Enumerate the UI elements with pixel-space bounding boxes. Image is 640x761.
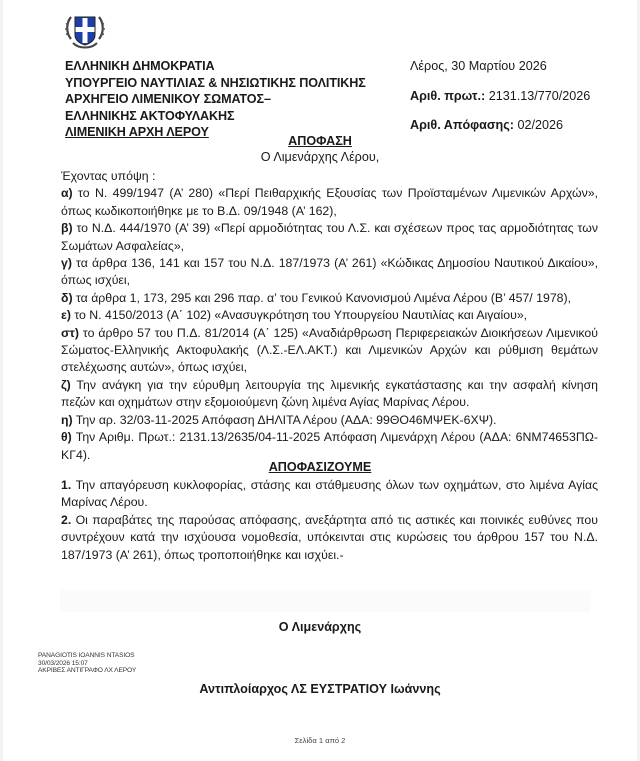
document-page: ΕΛΛΗΝΙΚΗ ΔΗΜΟΚΡΑΤΙΑ ΥΠΟΥΡΓΕΙΟ ΝΑΥΤΙΛΙΑΣ … bbox=[0, 0, 640, 761]
consideration-item: ε) το Ν. 4150/2013 (Α΄ 102) «Ανασυγκρότη… bbox=[61, 307, 598, 324]
decision-number: Αριθ. Απόφασης: 02/2026 bbox=[410, 117, 590, 134]
decision-value: 02/2026 bbox=[514, 118, 563, 132]
stamp-certification: ΑΚΡΙΒΕΣ ΑΝΤΙΓΡΑΦΟ ΛΧ ΛΕΡΟΥ bbox=[38, 667, 136, 675]
decisions-section: 1. Την απαγόρευση κυκλοφορίας, στάσης κα… bbox=[61, 477, 598, 564]
consideration-item: θ) Την Αριθμ. Πρωτ.: 2131.13/2635/04-11-… bbox=[61, 429, 598, 464]
decision-heading: ΑΠΟΦΑΣΙΖΟΥΜΕ bbox=[0, 460, 640, 474]
document-title: ΑΠΟΦΑΣΗ bbox=[0, 134, 640, 148]
reference-block: Λέρος, 30 Μαρτίου 2026 Αριθ. πρωτ.: 2131… bbox=[410, 58, 590, 134]
place-date: Λέρος, 30 Μαρτίου 2026 bbox=[410, 58, 590, 75]
authority-line: ΥΠΟΥΡΓΕΙΟ ΝΑΥΤΙΛΙΑΣ & ΝΗΣΙΩΤΙΚΗΣ ΠΟΛΙΤΙΚ… bbox=[65, 75, 366, 92]
issuing-authority-block: ΕΛΛΗΝΙΚΗ ΔΗΜΟΚΡΑΤΙΑ ΥΠΟΥΡΓΕΙΟ ΝΑΥΤΙΛΙΑΣ … bbox=[65, 58, 366, 141]
protocol-value: 2131.13/770/2026 bbox=[485, 89, 590, 103]
stamp-timestamp: 30/03/2026 15:07 bbox=[38, 660, 136, 668]
authority-line: ΑΡΧΗΓΕΙΟ ΛΙΜΕΝΙΚΟΥ ΣΩΜΑΤΟΣ– bbox=[65, 91, 366, 108]
protocol-label: Αριθ. πρωτ.: bbox=[410, 89, 485, 103]
decision-item: 1. Την απαγόρευση κυκλοφορίας, στάσης κα… bbox=[61, 477, 598, 512]
consideration-item: α) το Ν. 499/1947 (Α’ 280) «Περί Πειθαρχ… bbox=[61, 185, 598, 220]
scan-shade bbox=[60, 590, 590, 612]
consideration-item: γ) τα άρθρα 136, 141 και 157 του Ν.Δ. 18… bbox=[61, 255, 598, 290]
consideration-item: η) Την αρ. 32/03-11-2025 Απόφαση ΔΗΛΙΤΑ … bbox=[61, 412, 598, 429]
issuer-line: Ο Λιμενάρχης Λέρου, bbox=[0, 150, 640, 164]
decision-label: Αριθ. Απόφασης: bbox=[410, 118, 514, 132]
protocol-number: Αριθ. πρωτ.: 2131.13/770/2026 bbox=[410, 88, 590, 105]
page-edge-left bbox=[0, 0, 3, 761]
consideration-item: β) το Ν.Δ. 444/1970 (Α’ 39) «Περί αρμοδι… bbox=[61, 220, 598, 255]
considerations-section: Έχοντας υπόψη : α) το Ν. 499/1947 (Α’ 28… bbox=[61, 168, 598, 464]
greek-coat-of-arms-icon bbox=[63, 9, 107, 53]
signature-title: Ο Λιμενάρχης bbox=[0, 620, 640, 634]
decision-item: 2. Οι παραβάτες της παρούσας απόφασης, α… bbox=[61, 512, 598, 564]
stamp-signer: PANAGIOTIS IOANNIS NTASIOS bbox=[38, 652, 136, 660]
consideration-item: δ) τα άρθρα 1, 173, 295 και 296 παρ. α’ … bbox=[61, 290, 598, 307]
page-indicator: Σελίδα 1 από 2 bbox=[0, 736, 640, 745]
digital-signature-stamp: PANAGIOTIS IOANNIS NTASIOS 30/03/2026 15… bbox=[38, 652, 136, 675]
considering-intro: Έχοντας υπόψη : bbox=[61, 168, 598, 185]
consideration-item: στ) το άρθρο 57 του Π.Δ. 81/2014 (Α΄ 125… bbox=[61, 325, 598, 377]
authority-line: ΕΛΛΗΝΙΚΗ ΔΗΜΟΚΡΑΤΙΑ bbox=[65, 58, 366, 75]
signatory-name: Αντιπλοίαρχος ΛΣ ΕΥΣΤΡΑΤΙΟΥ Ιωάννης bbox=[0, 682, 640, 696]
consideration-item: ζ) Την ανάγκη για την εύρυθμη λειτουργία… bbox=[61, 377, 598, 412]
authority-line: ΕΛΛΗΝΙΚΗΣ ΑΚΤΟΦΥΛΑΚΗΣ bbox=[65, 108, 366, 125]
